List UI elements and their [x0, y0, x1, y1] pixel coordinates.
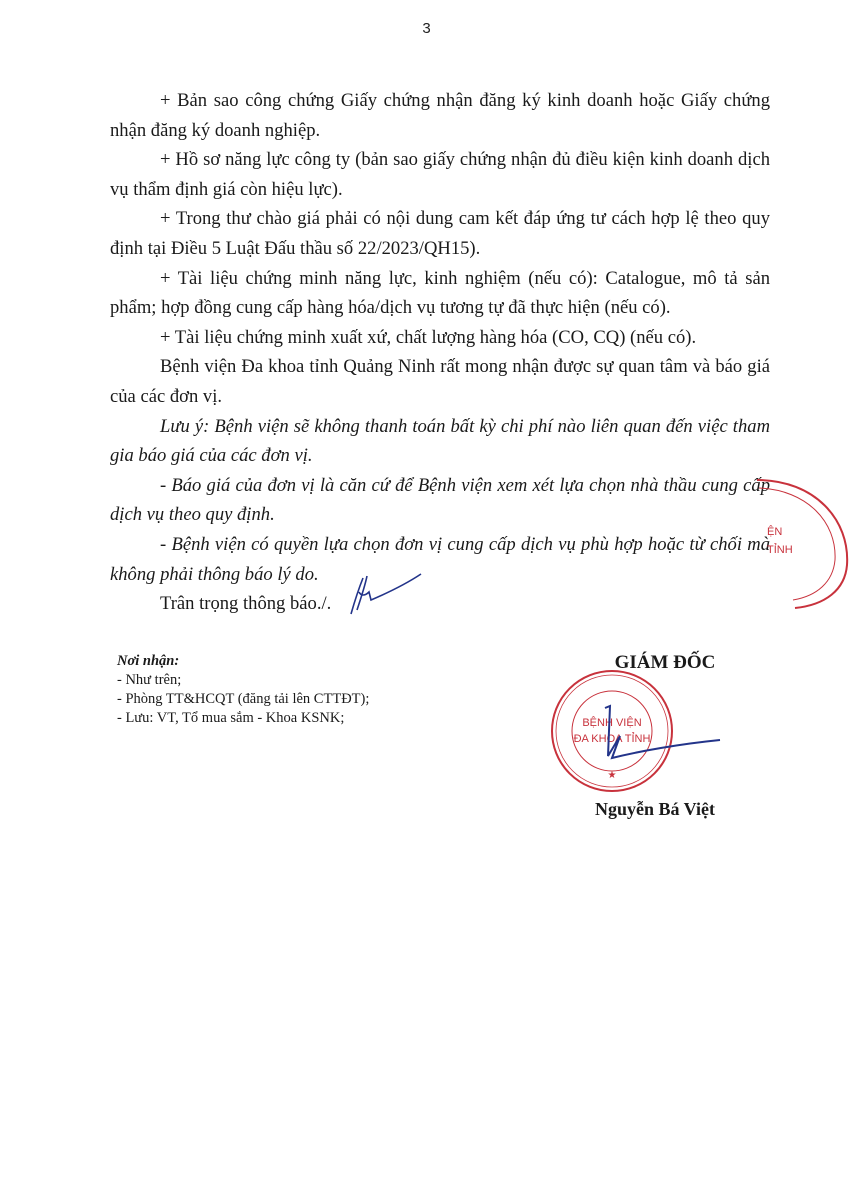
initial-signature-icon	[345, 570, 425, 620]
paragraph-regards: Trân trọng thông báo./.	[110, 589, 770, 619]
recipients-block: Nơi nhận: - Như trên; - Phòng TT&HCQT (đ…	[117, 652, 369, 728]
svg-text:TỈNH: TỈNH	[767, 543, 793, 556]
paragraph-note: Lưu ý: Bệnh viện sẽ không thanh toán bất…	[110, 412, 770, 471]
recipients-title: Nơi nhận:	[117, 652, 369, 671]
paragraph-company-profile: + Hồ sơ năng lực công ty (bản sao giấy c…	[110, 145, 770, 204]
page-number: 3	[0, 20, 853, 37]
paragraph-commitment: + Trong thư chào giá phải có nội dung ca…	[110, 204, 770, 263]
recipient-item: - Như trên;	[117, 671, 369, 690]
paragraph-business-registration: + Bản sao công chứng Giấy chứng nhận đăn…	[110, 86, 770, 145]
paragraph-note-basis: - Báo giá của đơn vị là căn cứ để Bệnh v…	[110, 471, 770, 530]
recipient-item: - Lưu: VT, Tổ mua sắm - Khoa KSNK;	[117, 709, 369, 728]
signer-name: Nguyễn Bá Việt	[565, 799, 745, 820]
paragraph-origin-docs: + Tài liệu chứng minh xuất xứ, chất lượn…	[110, 323, 770, 353]
paragraph-closing-request: Bệnh viện Đa khoa tỉnh Quảng Ninh rất mo…	[110, 352, 770, 411]
recipient-item: - Phòng TT&HCQT (đăng tải lên CTTĐT);	[117, 690, 369, 709]
signature-block: GIÁM ĐỐC BỆNH VIỆN ĐA KHOA TỈNH ★ Nguyễn…	[545, 652, 745, 674]
svg-text:ỆN: ỆN	[767, 525, 782, 538]
director-signature-icon	[600, 696, 725, 776]
paragraph-capability-docs: + Tài liệu chứng minh năng lực, kinh ngh…	[110, 264, 770, 323]
document-body: + Bản sao công chứng Giấy chứng nhận đăn…	[110, 86, 770, 619]
edge-stamp-icon: ỆN TỈNH	[755, 460, 853, 610]
paragraph-note-rights: - Bệnh viện có quyền lựa chọn đơn vị cun…	[110, 530, 770, 589]
